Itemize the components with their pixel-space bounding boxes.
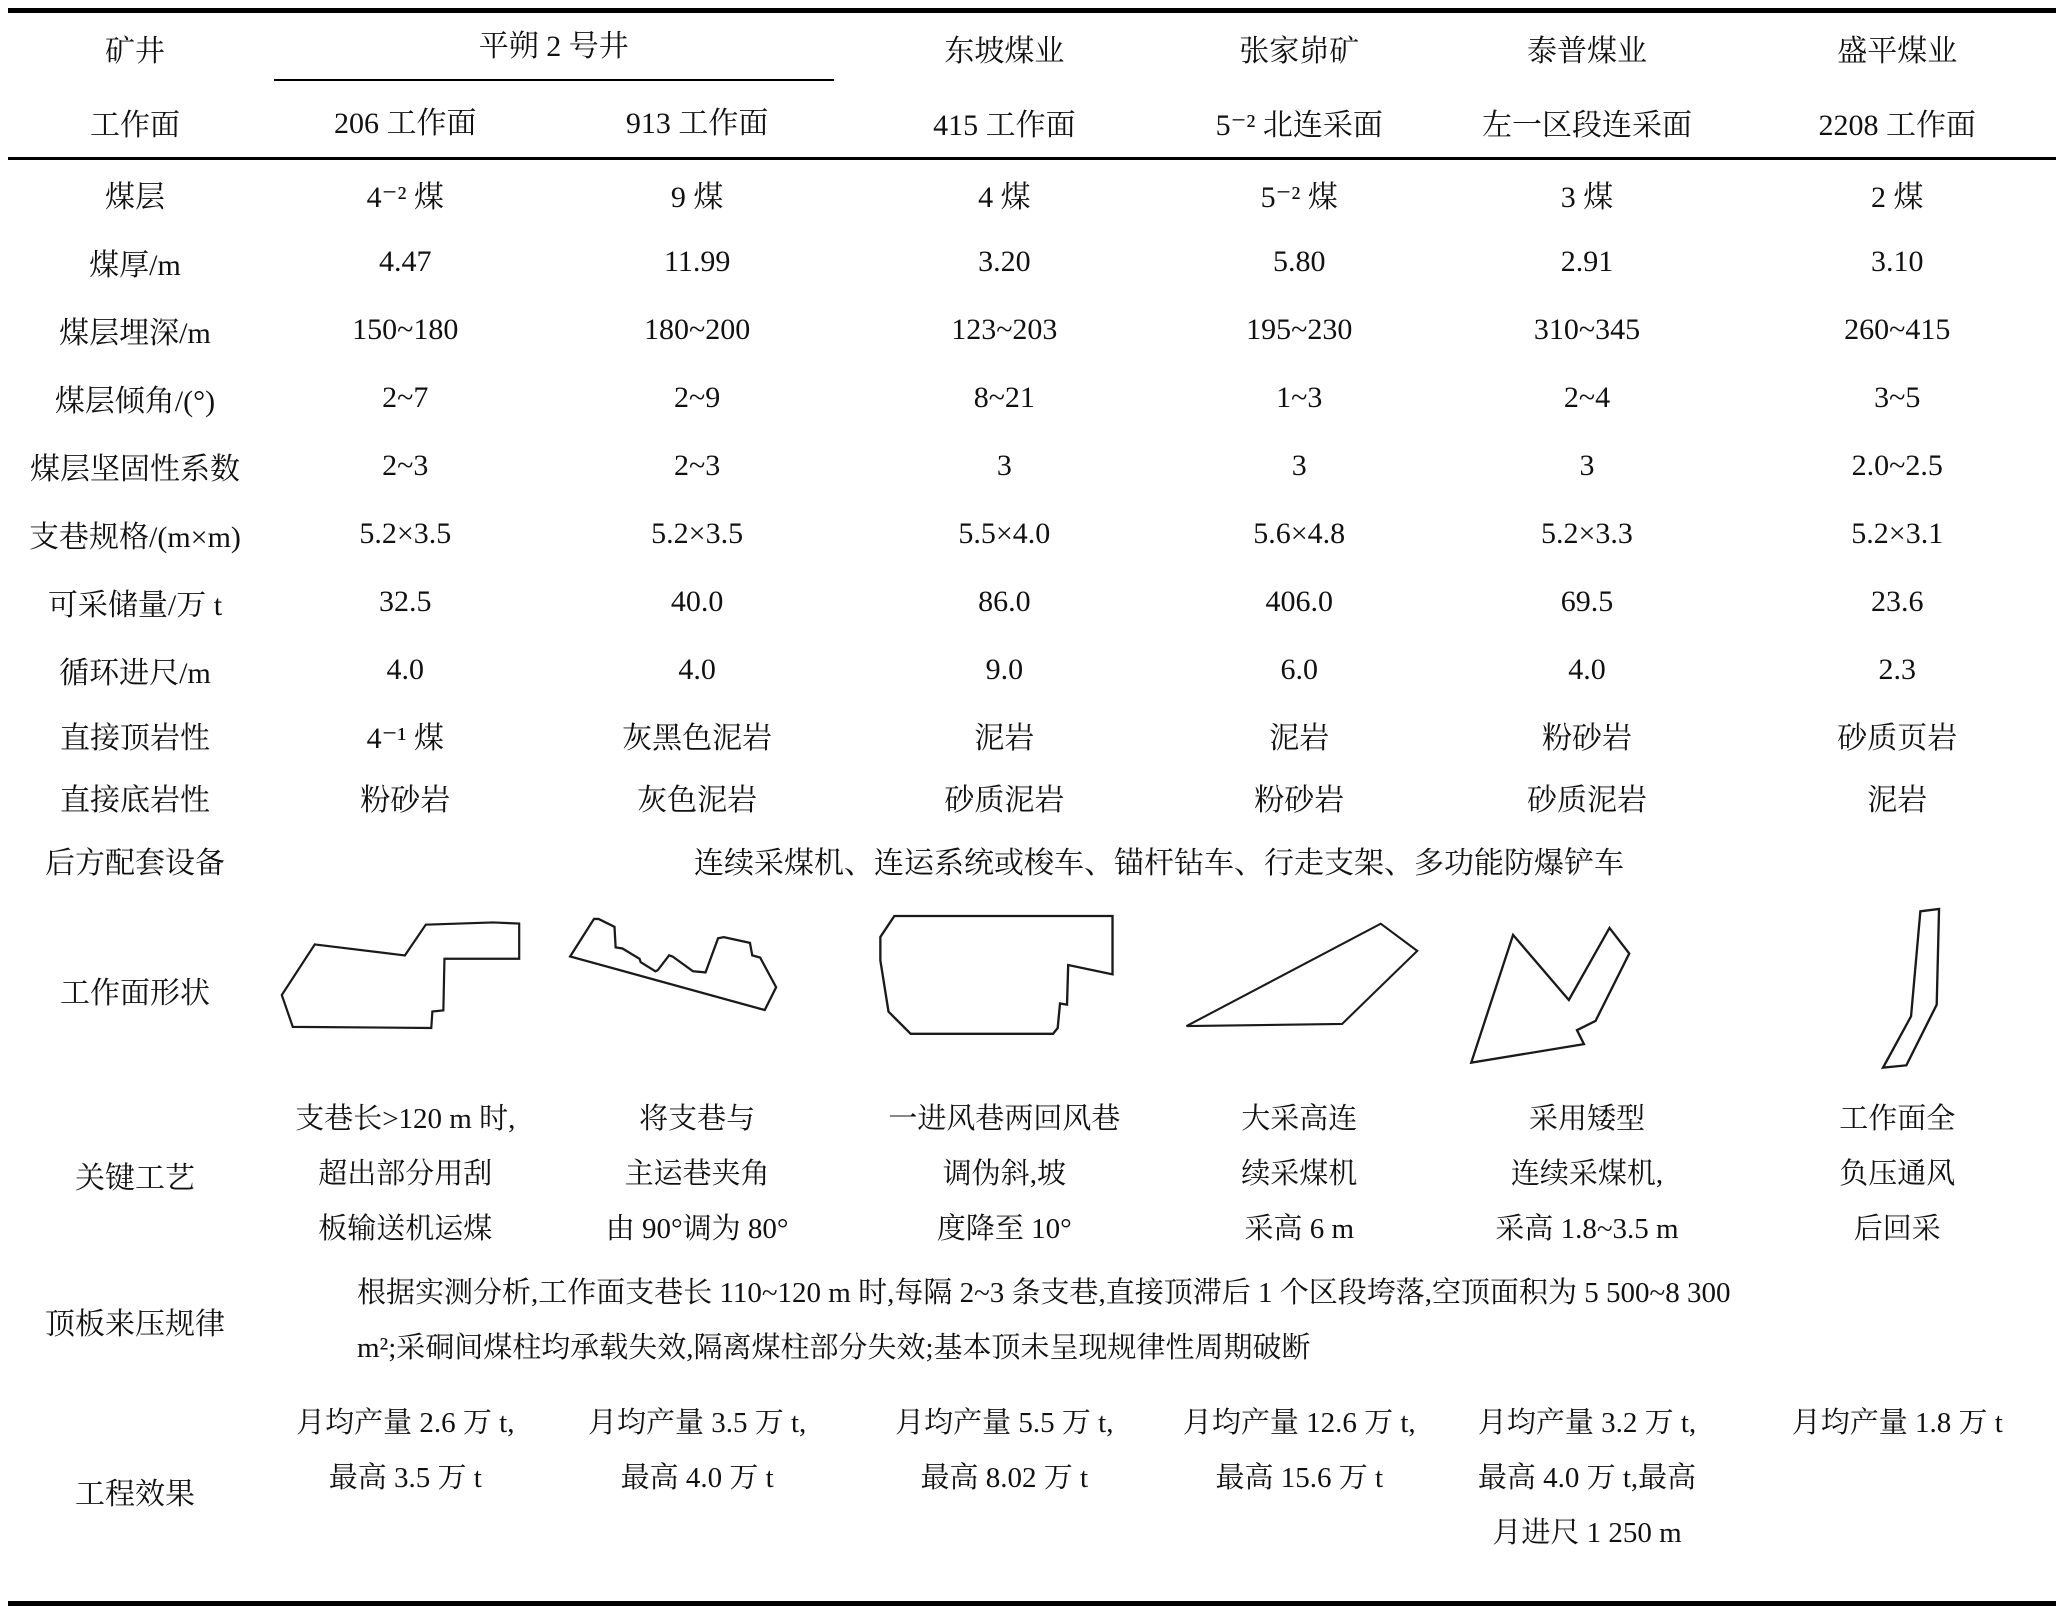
table-cell: 8~21 [846, 364, 1163, 432]
table-cell: 月均产量 3.5 万 t, 最高 4.0 万 t [549, 1380, 846, 1604]
table-row-burial-depth: 煤层埋深/m 150~180 180~200 123~203 195~230 3… [8, 296, 2056, 364]
table-row-hardness-coefficient: 煤层坚固性系数 2~3 2~3 3 3 3 2.0~2.5 [8, 432, 2056, 500]
table-cell: 4 煤 [846, 159, 1163, 229]
table-row-coal-thickness: 煤厚/m 4.47 11.99 3.20 5.80 2.91 3.10 [8, 228, 2056, 296]
table-cell: 2.3 [1739, 636, 2056, 704]
row-label: 煤层倾角/(°) [8, 364, 262, 432]
row-label: 循环进尺/m [8, 636, 262, 704]
table-cell: 5.2×3.3 [1435, 500, 1738, 568]
table-row-backup-equipment: 后方配套设备 连续采煤机、连运系统或梭车、锚杆钻车、行走支架、多功能防爆铲车 [8, 828, 2056, 892]
table-row-roof-pressure-law: 顶板来压规律 根据实测分析,工作面支巷长 110~120 m 时,每隔 2~3 … [8, 1262, 2056, 1380]
table-cell: 2~3 [549, 432, 846, 500]
table-cell [1739, 892, 2056, 1087]
table-cell: 5.5×4.0 [846, 500, 1163, 568]
row-label: 后方配套设备 [8, 828, 262, 892]
table-cell: 40.0 [549, 568, 846, 636]
table-cell: 月均产量 5.5 万 t, 最高 8.02 万 t [846, 1380, 1163, 1604]
table-cell: 月均产量 12.6 万 t, 最高 15.6 万 t [1163, 1380, 1435, 1604]
table-cell: 砂质泥岩 [846, 766, 1163, 828]
table-cell: 支巷长>120 m 时, 超出部分用刮 板输送机运煤 [262, 1087, 549, 1262]
row-label: 煤厚/m [8, 228, 262, 296]
table-row-dip-angle: 煤层倾角/(°) 2~7 2~9 8~21 1~3 2~4 3~5 [8, 364, 2056, 432]
table-cell: 粉砂岩 [1163, 766, 1435, 828]
table-cell [846, 892, 1163, 1087]
table-cell [262, 892, 549, 1087]
table-cell: 2 煤 [1739, 159, 2056, 229]
table-cell: 9 煤 [549, 159, 846, 229]
mine-face-parameters-table: 矿井 工作面 平朔 2 号井 东坡煤业 415 工作面 张家峁矿 5⁻² 北连采… [8, 8, 2056, 1606]
table-row-face-shape: 工作面形状 [8, 892, 2056, 1087]
table-cell: 月均产量 2.6 万 t, 最高 3.5 万 t [262, 1380, 549, 1604]
row-label: 煤层坚固性系数 [8, 432, 262, 500]
face-name: 左一区段连采面 [1435, 100, 1738, 144]
table-cell: 泥岩 [1739, 766, 2056, 828]
row-label: 煤层 [8, 159, 262, 229]
table-cell: 3 煤 [1435, 159, 1738, 229]
table-cell: 4.47 [262, 228, 549, 296]
face-outline-206-icon [273, 902, 537, 1077]
corner-line-face: 工作面 [8, 100, 262, 144]
column-header-shengping: 盛平煤业 2208 工作面 [1739, 11, 2056, 159]
face-outline-left-section-icon [1448, 902, 1727, 1077]
row-label: 关键工艺 [8, 1087, 262, 1262]
table-cell: 3.20 [846, 228, 1163, 296]
roof-law-text: 根据实测分析,工作面支巷长 110~120 m 时,每隔 2~3 条支巷,直接顶… [262, 1262, 2056, 1380]
face-header-913: 913 工作面 [549, 83, 846, 159]
table-cell: 大采高连 续采煤机 采高 6 m [1163, 1087, 1435, 1262]
table-cell: 泥岩 [846, 704, 1163, 766]
table-row-immediate-roof: 直接顶岩性 4⁻¹ 煤 灰黑色泥岩 泥岩 泥岩 粉砂岩 砂质页岩 [8, 704, 2056, 766]
table-cell: 5.2×3.5 [549, 500, 846, 568]
table-cell: 2.0~2.5 [1739, 432, 2056, 500]
table-cell [549, 892, 846, 1087]
table-cell: 3 [846, 432, 1163, 500]
table-cell: 11.99 [549, 228, 846, 296]
column-header-dongpo: 东坡煤业 415 工作面 [846, 11, 1163, 159]
table-header: 矿井 工作面 平朔 2 号井 东坡煤业 415 工作面 张家峁矿 5⁻² 北连采… [8, 11, 2056, 159]
table-cell: 砂质页岩 [1739, 704, 2056, 766]
mine-name: 泰普煤业 [1435, 26, 1738, 70]
table-cell: 3.10 [1739, 228, 2056, 296]
table-cell [1163, 892, 1435, 1087]
table-cell: 2~9 [549, 364, 846, 432]
mine-name: 张家峁矿 [1163, 26, 1435, 70]
table-cell: 3 [1435, 432, 1738, 500]
table-row-cycle-advance: 循环进尺/m 4.0 4.0 9.0 6.0 4.0 2.3 [8, 636, 2056, 704]
table-cell: 2.91 [1435, 228, 1738, 296]
table-cell: 泥岩 [1163, 704, 1435, 766]
row-label: 工作面形状 [8, 892, 262, 1087]
table-cell: 月均产量 1.8 万 t [1739, 1380, 2056, 1604]
table-cell: 23.6 [1739, 568, 2056, 636]
face-header-206: 206 工作面 [262, 83, 549, 159]
table-row-branch-roadway-size: 支巷规格/(m×m) 5.2×3.5 5.2×3.5 5.5×4.0 5.6×4… [8, 500, 2056, 568]
table-cell: 86.0 [846, 568, 1163, 636]
table-row-immediate-floor: 直接底岩性 粉砂岩 灰色泥岩 砂质泥岩 粉砂岩 砂质泥岩 泥岩 [8, 766, 2056, 828]
table-cell: 砂质泥岩 [1435, 766, 1738, 828]
table-cell: 4.0 [1435, 636, 1738, 704]
table-cell: 4⁻² 煤 [262, 159, 549, 229]
table-cell: 1~3 [1163, 364, 1435, 432]
table-cell: 粉砂岩 [1435, 704, 1738, 766]
table-cell: 32.5 [262, 568, 549, 636]
table-cell: 工作面全 负压通风 后回采 [1739, 1087, 2056, 1262]
table-row-engineering-effect: 工程效果 月均产量 2.6 万 t, 最高 3.5 万 t 月均产量 3.5 万… [8, 1380, 2056, 1604]
table-cell: 5.80 [1163, 228, 1435, 296]
table-cell: 5.2×3.1 [1739, 500, 2056, 568]
table-cell: 310~345 [1435, 296, 1738, 364]
face-name: 415 工作面 [846, 100, 1163, 144]
table-cell: 260~415 [1739, 296, 2056, 364]
row-label: 可采储量/万 t [8, 568, 262, 636]
face-name: 2208 工作面 [1739, 100, 2056, 144]
face-outline-913-icon [561, 902, 834, 1077]
group-header-pingshuo: 平朔 2 号井 [262, 11, 846, 84]
face-outline-5-2-north-icon [1174, 902, 1425, 1077]
table-cell: 2~3 [262, 432, 549, 500]
table-cell: 3~5 [1739, 364, 2056, 432]
table-cell: 5.2×3.5 [262, 500, 549, 568]
table-cell [1435, 892, 1738, 1087]
table-cell: 一进风巷两回风巷 调伪斜,坡 度降至 10° [846, 1087, 1163, 1262]
row-label: 直接顶岩性 [8, 704, 262, 766]
row-label: 煤层埋深/m [8, 296, 262, 364]
table-cell: 9.0 [846, 636, 1163, 704]
table-cell: 69.5 [1435, 568, 1738, 636]
table-cell: 406.0 [1163, 568, 1435, 636]
face-outline-415-icon [858, 902, 1150, 1077]
face-name: 5⁻² 北连采面 [1163, 100, 1435, 144]
mine-face-parameters-table-page: 矿井 工作面 平朔 2 号井 东坡煤业 415 工作面 张家峁矿 5⁻² 北连采… [0, 0, 2064, 1600]
mine-name: 盛平煤业 [1739, 26, 2056, 70]
row-label: 直接底岩性 [8, 766, 262, 828]
table-cell: 月均产量 3.2 万 t, 最高 4.0 万 t,最高 月进尺 1 250 m [1435, 1380, 1738, 1604]
table-cell: 粉砂岩 [262, 766, 549, 828]
table-cell: 4⁻¹ 煤 [262, 704, 549, 766]
table-cell: 采用矮型 连续采煤机, 采高 1.8~3.5 m [1435, 1087, 1738, 1262]
table-cell: 180~200 [549, 296, 846, 364]
table-cell: 灰黑色泥岩 [549, 704, 846, 766]
mine-name: 东坡煤业 [846, 26, 1163, 70]
column-header-zhangjiamao: 张家峁矿 5⁻² 北连采面 [1163, 11, 1435, 159]
group-mine-name: 平朔 2 号井 [274, 21, 834, 81]
row-label: 顶板来压规律 [8, 1262, 262, 1380]
corner-line-mine: 矿井 [8, 26, 262, 70]
table-cell: 150~180 [262, 296, 549, 364]
table-cell: 2~4 [1435, 364, 1738, 432]
table-cell: 5⁻² 煤 [1163, 159, 1435, 229]
table-cell: 195~230 [1163, 296, 1435, 364]
row-label: 支巷规格/(m×m) [8, 500, 262, 568]
table-cell: 灰色泥岩 [549, 766, 846, 828]
column-header-taipu: 泰普煤业 左一区段连采面 [1435, 11, 1738, 159]
table-cell: 2~7 [262, 364, 549, 432]
table-row-key-technology: 关键工艺 支巷长>120 m 时, 超出部分用刮 板输送机运煤 将支巷与 主运巷… [8, 1087, 2056, 1262]
table-cell: 6.0 [1163, 636, 1435, 704]
table-cell: 4.0 [262, 636, 549, 704]
table-row-recoverable-reserves: 可采储量/万 t 32.5 40.0 86.0 406.0 69.5 23.6 [8, 568, 2056, 636]
table-row-coal-seam: 煤层 4⁻² 煤 9 煤 4 煤 5⁻² 煤 3 煤 2 煤 [8, 159, 2056, 229]
table-cell: 将支巷与 主运巷夹角 由 90°调为 80° [549, 1087, 846, 1262]
corner-header: 矿井 工作面 [8, 11, 262, 159]
table-cell: 3 [1163, 432, 1435, 500]
equipment-value: 连续采煤机、连运系统或梭车、锚杆钻车、行走支架、多功能防爆铲车 [262, 828, 2056, 892]
table-cell: 123~203 [846, 296, 1163, 364]
face-outline-2208-icon [1751, 902, 2043, 1077]
table-cell: 4.0 [549, 636, 846, 704]
row-label: 工程效果 [8, 1380, 262, 1604]
table-cell: 5.6×4.8 [1163, 500, 1435, 568]
